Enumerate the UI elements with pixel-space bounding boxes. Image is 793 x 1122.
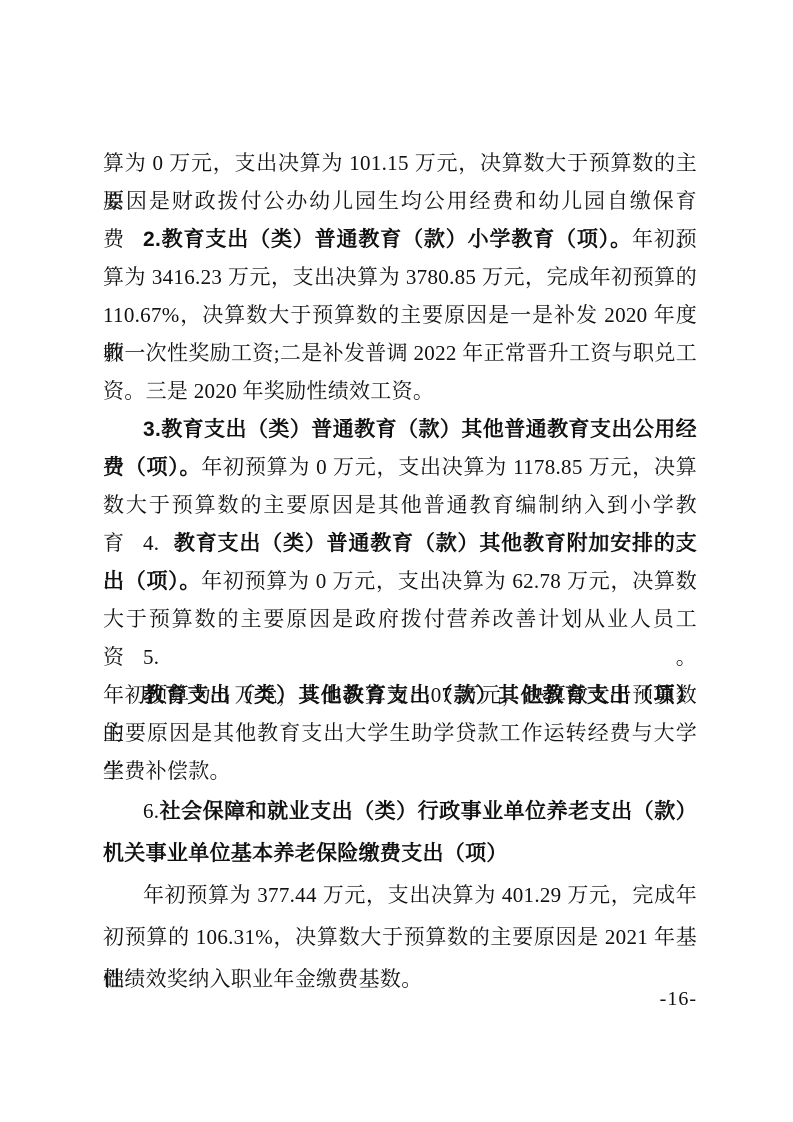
text-line: 学费补偿款。	[103, 752, 697, 790]
text-line: 年初预算为 0 万元，支出决算为 1.07 万元，决算数大于预算数的	[103, 676, 697, 714]
heading-text: 机关事业单位基本养老保险缴费支出（项）	[103, 842, 508, 865]
heading-text: 2.教育支出（类）普通教育（款）小学教育（项）。	[143, 228, 632, 251]
heading-text: 费（项）。	[103, 456, 201, 479]
section-heading-line: 3.教育支出（类）普通教育（款）其他普通教育支出公用经	[103, 410, 697, 448]
text-line: 大于预算数的主要原因是政府拨付营养改善计划从业人员工资。	[103, 600, 697, 638]
body-text: 性绩效奖纳入职业年金缴费基数。	[103, 967, 423, 991]
text-line: 师一次性奖励工资;二是补发普调 2022 年正常晋升工资与职兑工	[103, 334, 697, 372]
body-text: 年初预算为 0 万元，支出决算为 1178.85 万元，决算	[201, 455, 697, 479]
text-line: 年初预算为 377.44 万元，支出决算为 401.29 万元，完成年	[103, 874, 697, 916]
body-text: 年初预算为 377.44 万元，支出决算为 401.29 万元，完成年	[143, 883, 697, 907]
body-text: 算为 3416.23 万元，支出决算为 3780.85 万元，完成年初预算的	[103, 265, 697, 289]
body-text: 年初预	[632, 227, 697, 251]
text-line: 出（项）。年初预算为 0 万元，支出决算为 62.78 万元，决算数	[103, 562, 697, 600]
body-text: 师一次性奖励工资;二是补发普调 2022 年正常晋升工资与职兑工	[103, 341, 697, 365]
list-number: 4.	[143, 531, 159, 555]
text-line: 数大于预算数的主要原因是其他普通教育编制纳入到小学教育。	[103, 486, 697, 524]
section-heading-line: 机关事业单位基本养老保险缴费支出（项）	[103, 832, 697, 874]
heading-text: 出（项）。	[103, 570, 201, 593]
text-line: 初预算的 106.31%，决算数大于预算数的主要原因是 2021 年基础	[103, 916, 697, 958]
text-line: 算为 0 万元，支出决算为 101.15 万元，决算数大于预算数的主要	[103, 144, 697, 182]
body-text: 大于预算数的主要原因是政府拨付营养改善计划从业人员工资。	[103, 607, 697, 669]
section-heading-line: 4.教育支出（类）普通教育（款）其他教育附加安排的支	[103, 524, 697, 562]
list-number: 5.	[143, 645, 159, 669]
list-number: 6.	[143, 799, 159, 823]
page-number: -16-	[660, 988, 697, 1011]
text-line: 算为 3416.23 万元，支出决算为 3780.85 万元，完成年初预算的	[103, 258, 697, 296]
text-line: 资。三是 2020 年奖励性绩效工资。	[103, 372, 697, 410]
text-line: 110.67%，决算数大于预算数的主要原因是一是补发 2020 年度教	[103, 296, 697, 334]
page-body: 算为 0 万元，支出决算为 101.15 万元，决算数大于预算数的主要 原因是财…	[103, 144, 697, 1000]
section-heading-line: 2.教育支出（类）普通教育（款）小学教育（项）。年初预	[103, 220, 697, 258]
section-heading-line: 6.社会保障和就业支出（类）行政事业单位养老支出（款）	[103, 790, 697, 832]
text-line: 原因是财政拨付公办幼儿园生均公用经费和幼儿园自缴保育费。	[103, 182, 697, 220]
body-text: 学费补偿款。	[103, 759, 231, 783]
body-text: 年初预算为 0 万元，支出决算为 62.78 万元，决算数	[201, 569, 697, 593]
text-line: 主要原因是其他教育支出大学生助学贷款工作运转经费与大学生	[103, 714, 697, 752]
document-page: 算为 0 万元，支出决算为 101.15 万元，决算数大于预算数的主要 原因是财…	[0, 0, 793, 1122]
body-text: 资。三是 2020 年奖励性绩效工资。	[103, 379, 434, 403]
heading-text: 社会保障和就业支出（类）行政事业单位养老支出（款）	[159, 800, 697, 823]
heading-text: 教育支出（类）普通教育（款）其他教育附加安排的支	[173, 532, 697, 555]
text-line: 费（项）。年初预算为 0 万元，支出决算为 1178.85 万元，决算	[103, 448, 697, 486]
heading-text: 3.教育支出（类）普通教育（款）其他普通教育支出公用经	[143, 418, 697, 441]
text-line: 性绩效奖纳入职业年金缴费基数。	[103, 958, 697, 1000]
